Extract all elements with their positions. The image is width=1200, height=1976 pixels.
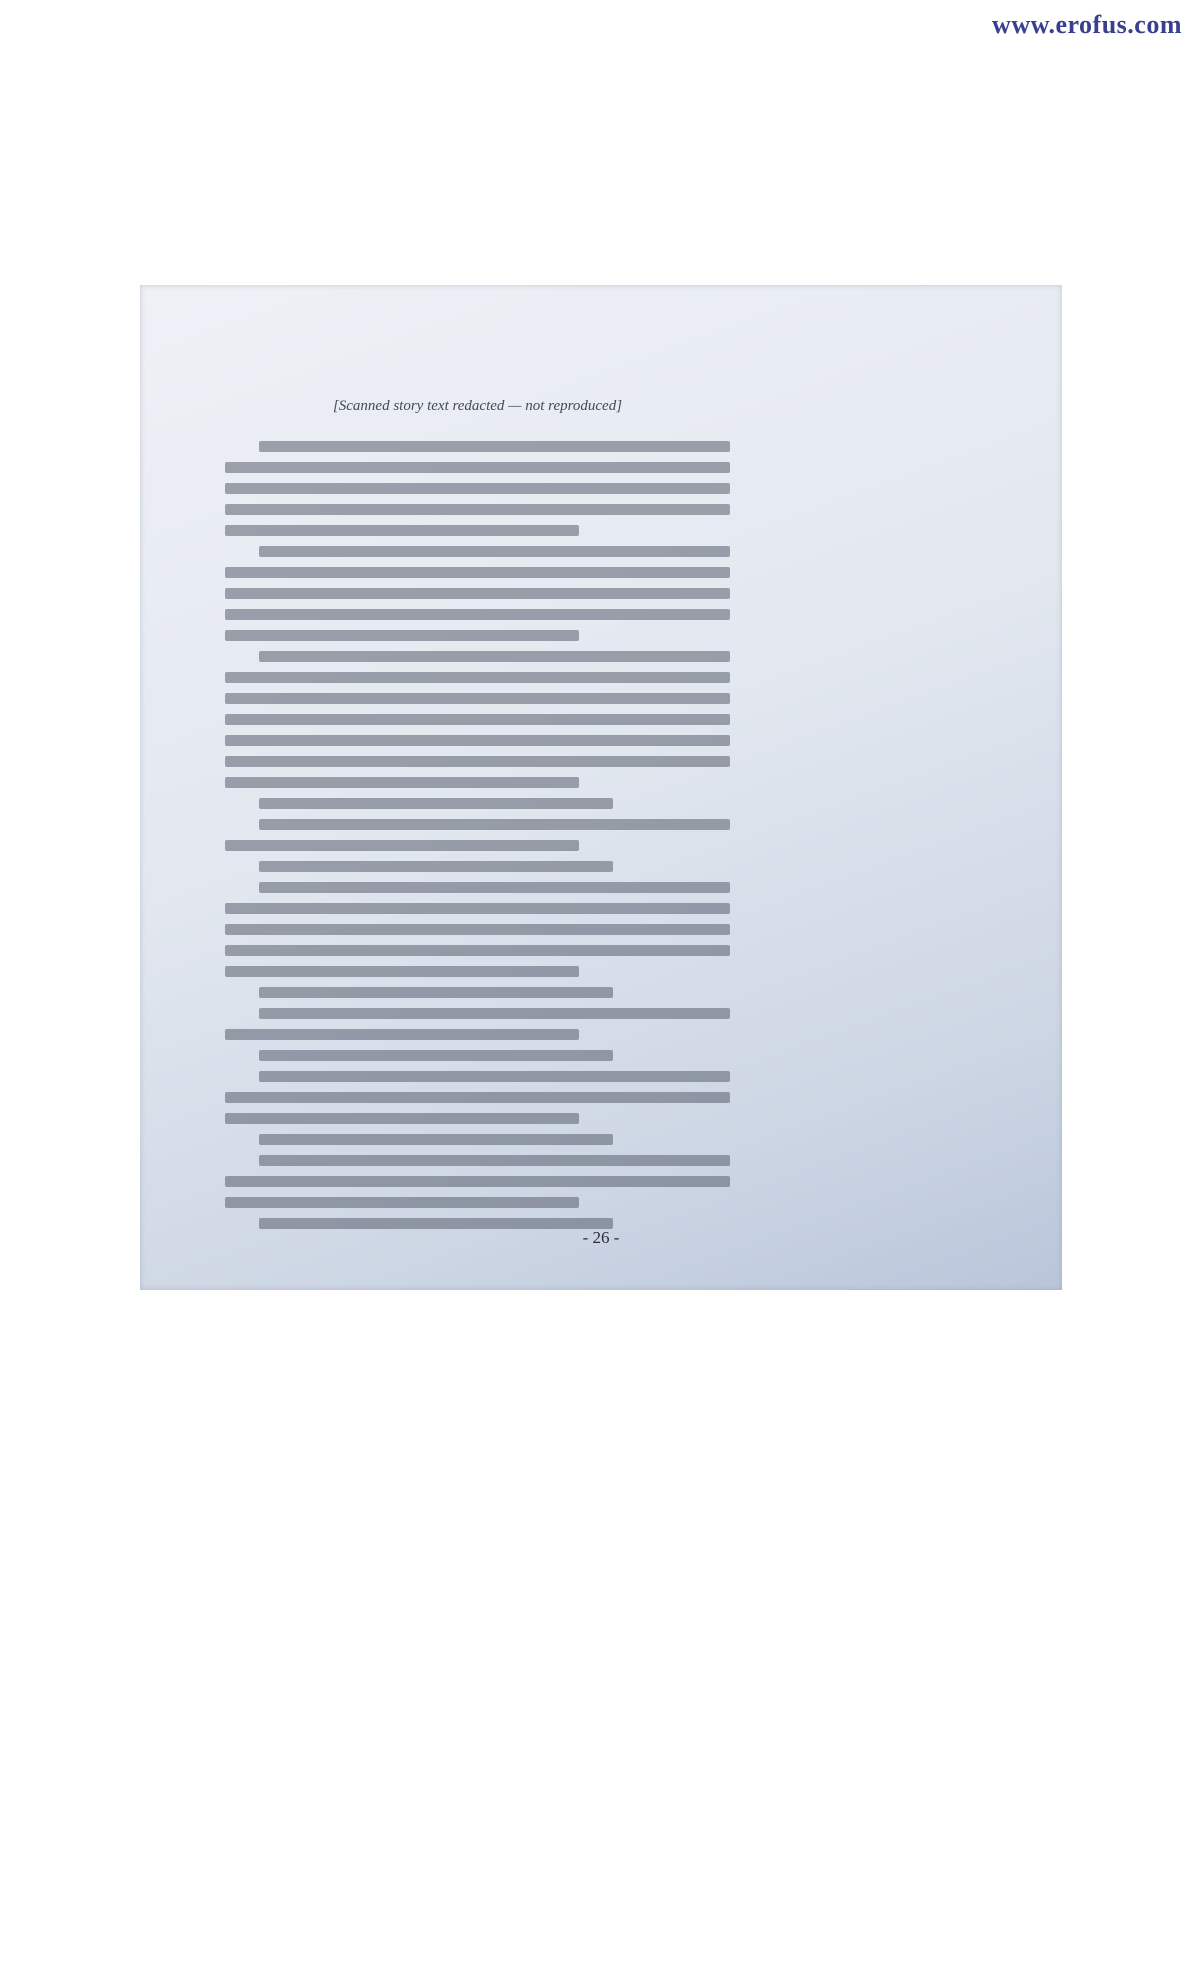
redacted-paragraph [225,798,730,809]
redacted-paragraph [225,441,730,536]
redacted-text-line [225,1029,579,1040]
redacted-text-line [225,714,730,725]
redacted-text-line [259,441,730,452]
redacted-paragraph [225,1155,730,1208]
redacted-text-line [259,1155,730,1166]
redacted-text-line [225,966,579,977]
redacted-text-line [225,609,730,620]
redacted-text-line [259,1008,730,1019]
redacted-text-line [225,588,730,599]
redacted-text-line [225,1092,730,1103]
redacted-text-line [225,903,730,914]
redacted-text-line [225,924,730,935]
redacted-text-line [225,1113,579,1124]
story-text-block: [Scanned story text redacted — not repro… [225,380,730,1239]
redacted-text-line [259,1134,613,1145]
redacted-text-line [225,504,730,515]
site-watermark: www.erofus.com [992,10,1182,40]
redacted-text-line [225,462,730,473]
redacted-text-line [259,987,613,998]
redaction-notice: [Scanned story text redacted — not repro… [225,398,730,415]
redacted-text-line [225,483,730,494]
redacted-paragraph [225,987,730,998]
page-number: - 26 - [140,1228,1062,1248]
redacted-text-line [259,819,730,830]
redacted-text-line [225,756,730,767]
redacted-text-line [259,546,730,557]
redacted-text-line [225,672,730,683]
redacted-text-line [225,630,579,641]
redacted-text-line [225,735,730,746]
redacted-text-line [225,525,579,536]
redacted-text-line [259,861,613,872]
redacted-paragraph [225,819,730,851]
redacted-paragraph [225,1050,730,1061]
redacted-text-line [225,693,730,704]
redacted-text-line [259,882,730,893]
redacted-paragraph [225,1071,730,1124]
redacted-paragraphs [225,441,730,1229]
redacted-text-line [225,1197,579,1208]
redacted-text-line [259,798,613,809]
scanned-page: [Scanned story text redacted — not repro… [140,285,1062,1290]
redacted-paragraph [225,882,730,977]
redacted-text-line [225,777,579,788]
redacted-text-line [259,1050,613,1061]
redacted-paragraph [225,1134,730,1145]
redacted-paragraph [225,546,730,641]
redacted-paragraph [225,651,730,788]
redacted-text-line [225,945,730,956]
redacted-text-line [259,651,730,662]
redacted-paragraph [225,1008,730,1040]
redacted-text-line [225,840,579,851]
redacted-text-line [225,567,730,578]
redacted-text-line [259,1071,730,1082]
redacted-text-line [225,1176,730,1187]
redacted-paragraph [225,861,730,872]
